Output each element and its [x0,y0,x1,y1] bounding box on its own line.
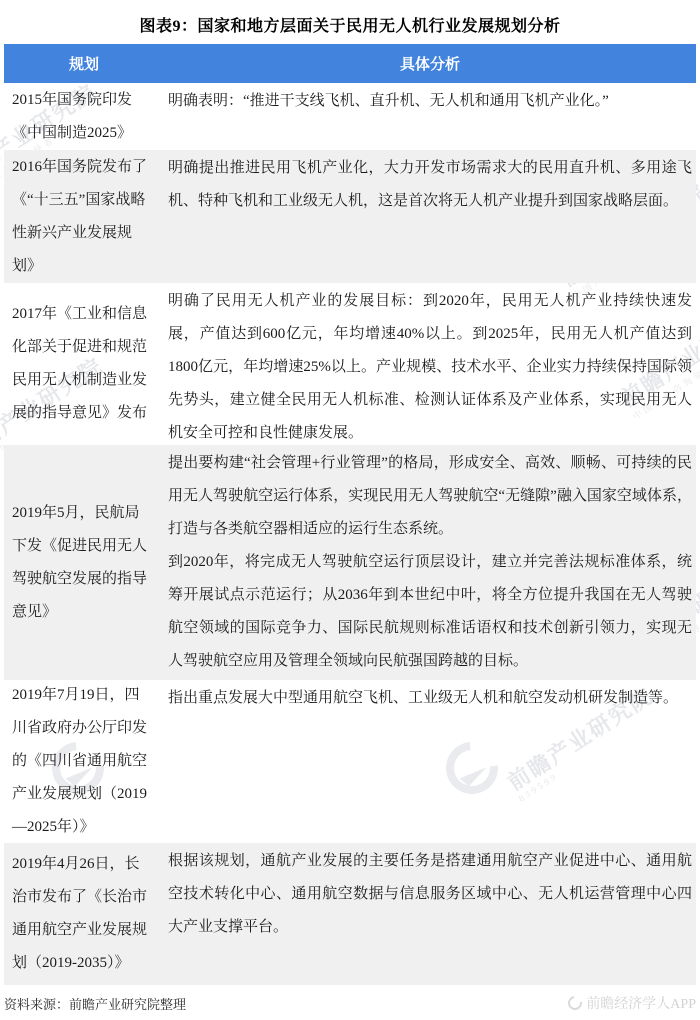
figure-footer: 资料来源：前瞻产业研究院整理 前瞻经济学人APP [4,993,696,1013]
analysis-cell: 指出重点发展大中型通用航空飞机、工业级无人机和航空发动机研发制造等。 [164,680,696,843]
analysis-paragraph: 明确了民用无人机产业的发展目标：到2020年，民用无人机产业持续快速发展，产值达… [168,285,692,445]
plan-text: 2015年国务院印发《中国制造2025》 [12,84,150,150]
table-row: 2016年国务院发布了《“十三五”国家战略性新兴产业发展规划》 明确提出推进民用… [4,150,696,283]
plan-text: 2017年《工业和信息化部关于促进和规范民用无人机制造业发展的指导意见》发布 [12,298,150,430]
plan-cell: 2019年7月19日，四川省政府办公厅印发的《四川省通用航空产业发展规划（201… [4,680,164,843]
analysis-cell: 明确表明：“推进干支线飞机、直升机、无人机和通用飞机产业化。” [164,83,696,150]
plan-text: 2016年国务院发布了《“十三五”国家战略性新兴产业发展规划》 [12,151,150,283]
plan-cell: 2019年5月，民航局下发《促进民用无人驾驶航空发展的指导意见》 [4,445,164,680]
brand-label: 前瞻经济学人APP [586,993,696,1013]
analysis-cell: 提出要构建“社会管理+行业管理”的格局，形成安全、高效、顺畅、可持续的民用无人驾… [164,445,696,680]
brand-mark: 前瞻经济学人APP [568,993,696,1013]
plan-cell: 2015年国务院印发《中国制造2025》 [4,83,164,150]
plan-text: 2019年4月26日，长治市发布了《长治市通用航空产业发展规划（2019-203… [12,848,150,980]
qianzhan-logo-icon [566,993,585,1012]
plan-cell: 2017年《工业和信息化部关于促进和规范民用无人机制造业发展的指导意见》发布 [4,283,164,445]
analysis-paragraph: 到2020年，将完成无人驾驶航空运行顶层设计，建立并完善法规标准体系，统筹开展试… [168,546,692,678]
plan-cell: 2016年国务院发布了《“十三五”国家战略性新兴产业发展规划》 [4,150,164,283]
analysis-paragraph: 明确提出推进民用飞机产业化，大力开发市场需求大的民用直升机、多用途飞机、特种飞机… [168,152,692,218]
table-row: 2019年7月19日，四川省政府办公厅印发的《四川省通用航空产业发展规划（201… [4,680,696,843]
column-header-analysis: 具体分析 [164,53,696,74]
analysis-paragraph: 指出重点发展大中型通用航空飞机、工业级无人机和航空发动机研发制造等。 [168,682,692,715]
analysis-paragraph: 提出要构建“社会管理+行业管理”的格局，形成安全、高效、顺畅、可持续的民用无人驾… [168,447,692,546]
analysis-cell: 根据该规划，通航产业发展的主要任务是搭建通用航空产业促进中心、通用航空技术转化中… [164,843,696,985]
plan-cell: 2019年4月26日，长治市发布了《长治市通用航空产业发展规划（2019-203… [4,843,164,985]
analysis-cell: 明确了民用无人机产业的发展目标：到2020年，民用无人机产业持续快速发展，产值达… [164,283,696,445]
plan-text: 2019年7月19日，四川省政府办公厅印发的《四川省通用航空产业发展规划（201… [12,680,150,843]
analysis-paragraph: 根据该规划，通航产业发展的主要任务是搭建通用航空产业促进中心、通用航空技术转化中… [168,845,692,944]
figure-page: 图表9：国家和地方层面关于民用无人机行业发展规划分析 规划 具体分析 2015年… [0,0,700,1020]
analysis-cell: 明确提出推进民用飞机产业化，大力开发市场需求大的民用直升机、多用途飞机、特种飞机… [164,150,696,283]
plan-text: 2019年5月，民航局下发《促进民用无人驾驶航空发展的指导意见》 [12,497,150,629]
table-row: 2017年《工业和信息化部关于促进和规范民用无人机制造业发展的指导意见》发布 明… [4,283,696,445]
column-header-plan: 规划 [4,53,164,74]
table-header: 规划 具体分析 [4,44,696,83]
analysis-paragraph: 明确表明：“推进干支线飞机、直升机、无人机和通用飞机产业化。” [168,85,692,118]
table-row: 2015年国务院印发《中国制造2025》 明确表明：“推进干支线飞机、直升机、无… [4,83,696,150]
table-row: 2019年4月26日，长治市发布了《长治市通用航空产业发展规划（2019-203… [4,843,696,985]
page-title: 图表9：国家和地方层面关于民用无人机行业发展规划分析 [0,0,700,34]
table-row: 2019年5月，民航局下发《促进民用无人驾驶航空发展的指导意见》 提出要构建“社… [4,445,696,680]
source-note: 资料来源：前瞻产业研究院整理 [4,994,186,1013]
plans-table: 规划 具体分析 2015年国务院印发《中国制造2025》 明确表明：“推进干支线… [4,44,696,985]
